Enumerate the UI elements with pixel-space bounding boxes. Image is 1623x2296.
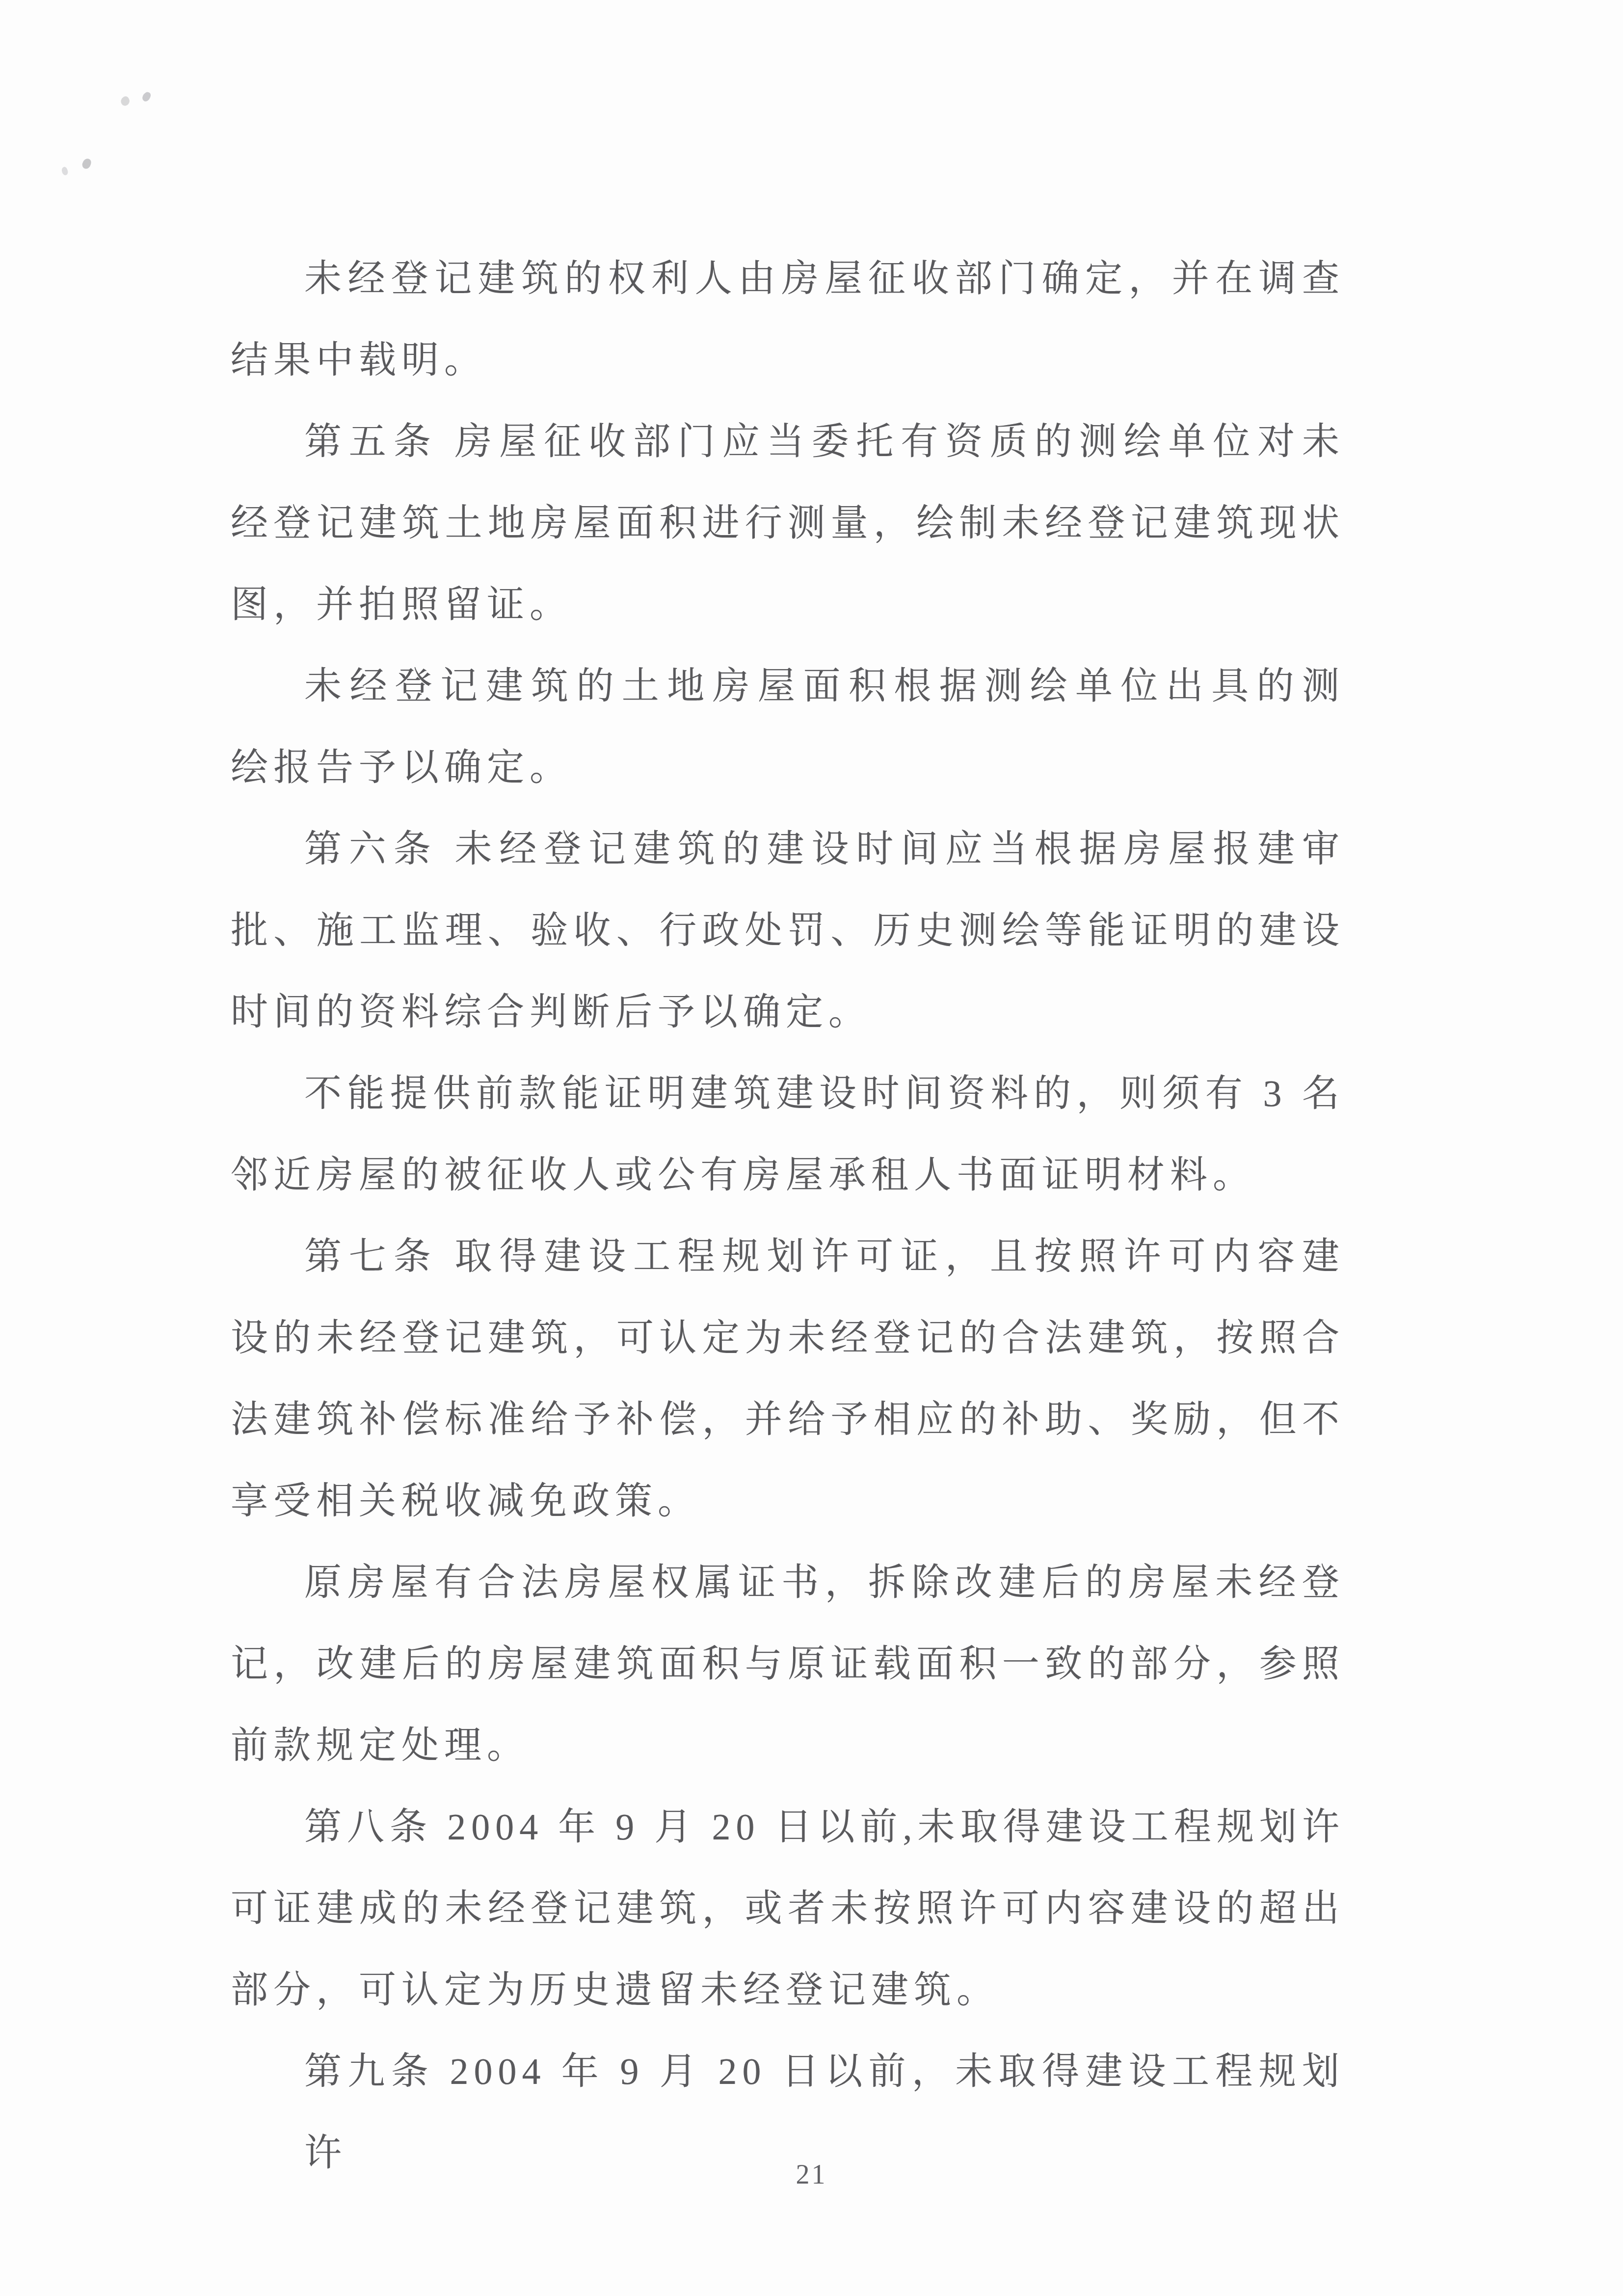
text-line: 法建筑补偿标准给予补偿，并给予相应的补助、奖励，但不 [231, 1379, 1345, 1460]
text-line: 结果中载明。 [231, 320, 1345, 401]
text-line: 时间的资料综合判断后予以确定。 [231, 972, 1345, 1053]
text-line: 绘报告予以确定。 [231, 727, 1345, 809]
text-line: 未经登记建筑的权利人由房屋征收部门确定，并在调查 [231, 238, 1345, 320]
text-line: 经登记建筑土地房屋面积进行测量，绘制未经登记建筑现状 [231, 483, 1345, 564]
document-text-block: 未经登记建筑的权利人由房屋征收部门确定，并在调查 结果中载明。 第五条 房屋征收… [231, 238, 1345, 2112]
text-line-article-8: 第八条 2004 年 9 月 20 日以前,未取得建设工程规划许 [231, 1786, 1345, 1868]
document-page: 未经登记建筑的权利人由房屋征收部门确定，并在调查 结果中载明。 第五条 房屋征收… [0, 0, 1623, 2296]
text-line: 不能提供前款能证明建筑建设时间资料的，则须有 3 名 [231, 1053, 1345, 1134]
scan-smudge-artifact [60, 166, 69, 176]
text-line: 可证建成的未经登记建筑，或者未按照许可内容建设的超出 [231, 1868, 1345, 1949]
text-line: 设的未经登记建筑，可认定为未经登记的合法建筑，按照合 [231, 1297, 1345, 1379]
text-line: 享受相关税收减免政策。 [231, 1460, 1345, 1542]
text-line: 前款规定处理。 [231, 1705, 1345, 1786]
scan-smudge-artifact [141, 91, 152, 103]
text-line-article-7: 第七条 取得建设工程规划许可证，且按照许可内容建 [231, 1216, 1345, 1297]
text-line: 记，改建后的房屋建筑面积与原证载面积一致的部分，参照 [231, 1623, 1345, 1705]
text-line: 图，并拍照留证。 [231, 564, 1345, 646]
text-line: 部分，可认定为历史遗留未经登记建筑。 [231, 1949, 1345, 2031]
text-line: 批、施工监理、验收、行政处罚、历史测绘等能证明的建设 [231, 890, 1345, 972]
text-line: 原房屋有合法房屋权属证书，拆除改建后的房屋未经登 [231, 1542, 1345, 1623]
text-line-article-6: 第六条 未经登记建筑的建设时间应当根据房屋报建审 [231, 809, 1345, 890]
text-line: 邻近房屋的被征收人或公有房屋承租人书面证明材料。 [231, 1134, 1345, 1216]
scan-smudge-artifact [81, 158, 92, 169]
page-number: 21 [0, 2159, 1623, 2190]
scan-smudge-artifact [119, 95, 131, 107]
text-line: 未经登记建筑的土地房屋面积根据测绘单位出具的测 [231, 646, 1345, 727]
text-line-article-5: 第五条 房屋征收部门应当委托有资质的测绘单位对未 [231, 401, 1345, 483]
text-line-article-9: 第九条 2004 年 9 月 20 日以前，未取得建设工程规划许 [231, 2031, 1345, 2112]
